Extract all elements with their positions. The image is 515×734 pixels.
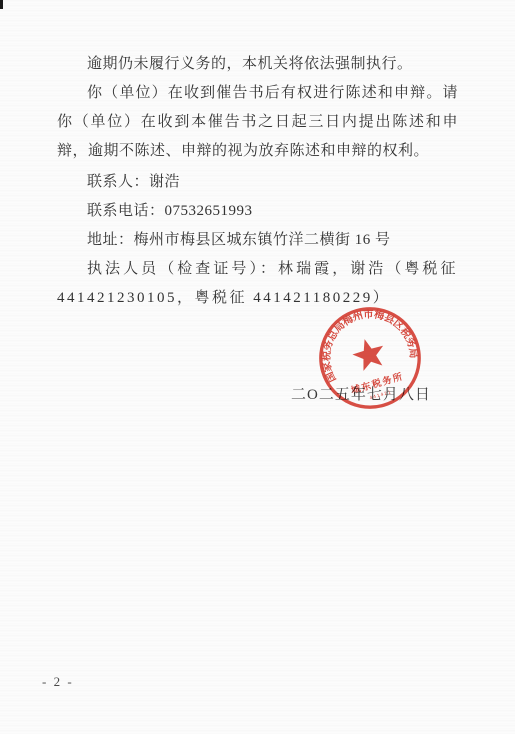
contact-phone-line: 联系电话：07532651993 [57,197,458,226]
body-paragraph-enforcement: 逾期仍未履行义务的，本机关将依法强制执行。 [57,50,458,79]
scan-corner-artifact [0,0,3,9]
address-line: 地址：梅州市梅县区城东镇竹洋二横街 16 号 [57,226,458,255]
red-star-icon [349,335,388,373]
contact-person-line: 联系人：谢浩 [57,168,458,197]
page-number: - 2 - [42,674,74,690]
seal-bottom-text: 城东税务所 [350,370,405,396]
document-page: 逾期仍未履行义务的，本机关将依法强制执行。 你（单位）在收到催告书后有权进行陈述… [0,0,515,734]
document-body: 逾期仍未履行义务的，本机关将依法强制执行。 你（单位）在收到催告书后有权进行陈述… [57,50,458,313]
body-paragraph-rights: 你（单位）在收到催告书后有权进行陈述和申辩。请你（单位）在收到本催告书之日起三日… [57,79,458,166]
